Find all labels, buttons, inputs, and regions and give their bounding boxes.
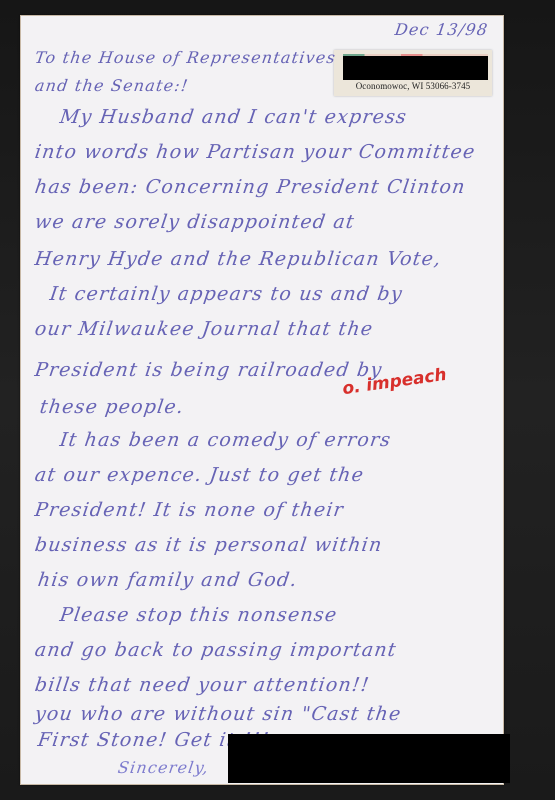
body-line: President is being railroaded by — [33, 359, 383, 381]
redacted-signature — [228, 734, 510, 783]
body-line: has been: Concerning President Clinton — [33, 176, 467, 198]
body-line: at our expence. Just to get the — [33, 464, 365, 486]
body-line: President! It is none of their — [33, 499, 345, 521]
body-line: bills that need your attention!! — [33, 674, 371, 696]
body-line: you who are without sin "Cast the — [33, 703, 403, 725]
body-line: business as it is personal within — [33, 534, 384, 556]
return-address-line: Oconomowoc, WI 53066-3745 — [334, 81, 492, 91]
salutation-line-2: and the Senate:! — [34, 76, 190, 95]
body-line: these people. — [38, 396, 185, 418]
letter-date: Dec 13/98 — [394, 20, 490, 39]
redacted-name-bar — [343, 56, 488, 80]
body-line: Henry Hyde and the Republican Vote, — [33, 248, 443, 270]
body-line: our Milwaukee Journal that the — [33, 318, 374, 340]
body-line: It certainly appears to us and by — [48, 283, 404, 305]
body-line: Please stop this nonsense — [58, 604, 338, 626]
salutation-line-1: To the House of Representatives — [34, 48, 338, 67]
body-line: My Husband and I can't express — [58, 106, 408, 128]
body-line: we are sorely disappointed at — [33, 211, 356, 233]
body-line: into words how Partisan your Committee — [33, 141, 477, 163]
body-line: It has been a comedy of errors — [58, 429, 392, 451]
closing: Sincerely, — [117, 758, 211, 777]
body-line: his own family and God. — [36, 569, 299, 591]
return-address-label: Oconomowoc, WI 53066-3745 — [334, 50, 492, 96]
body-line: and go back to passing important — [33, 639, 398, 661]
